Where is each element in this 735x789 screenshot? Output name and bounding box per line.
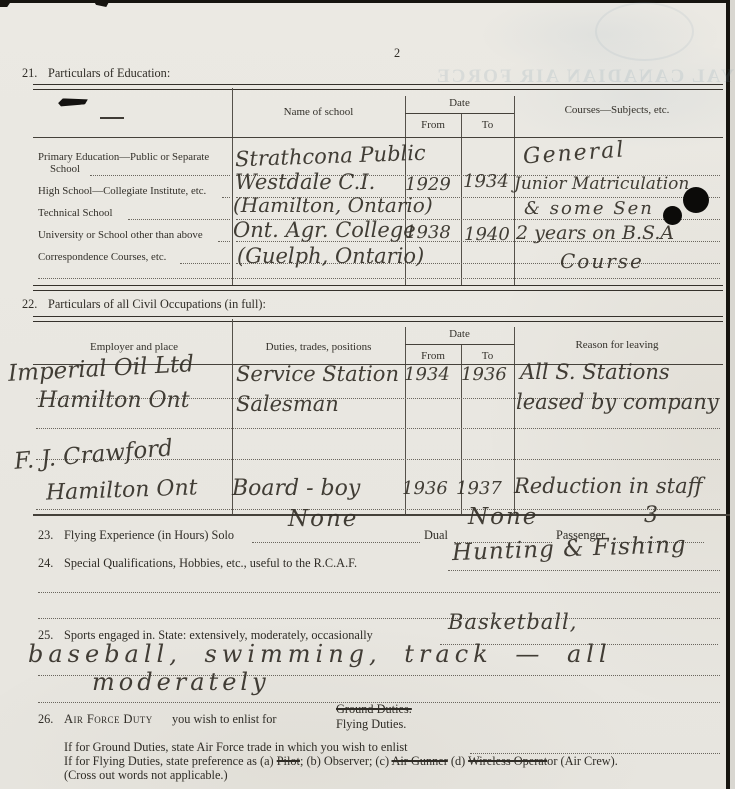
occupation-row-ruling [36, 508, 720, 510]
hw-date-to-2: 1934 [463, 173, 509, 191]
leader-dots [252, 541, 420, 543]
hw-reason-2: Reduction in staff [514, 476, 703, 497]
education-header-from: From [405, 119, 461, 131]
hw-date-from-3: 1938 [405, 224, 451, 242]
bleedthrough-stamp [595, 2, 694, 61]
hw-solo: None [288, 508, 358, 531]
section23-number: 23. [38, 528, 53, 543]
leader-dots [222, 196, 230, 198]
section26-duty-label: Air Force Duty [64, 712, 153, 727]
occupation-header-employer: Employer and place [36, 341, 232, 353]
hw-occ-to-1: 1936 [461, 366, 507, 384]
section21-number: 21. [22, 66, 37, 81]
hw-duties-2: Board - boy [232, 478, 360, 500]
hw-qualifications: Hunting & Fishing [452, 534, 687, 565]
occupation-header-duties: Duties, trades, positions [232, 341, 405, 353]
education-header-date: Date [405, 97, 514, 109]
education-row-label-primary: Primary Education—Public or Separate [38, 151, 209, 163]
leader-dots [128, 218, 230, 220]
scan-edge-top-notch [93, 0, 110, 7]
hw-sports-3: moderately [92, 670, 270, 694]
leader-dots [90, 174, 230, 176]
hw-school-1: Strathcona Public [235, 143, 426, 171]
occupation-date-underline [405, 344, 514, 345]
flying-duties-option: Flying Duties. [336, 717, 406, 732]
hw-school-2b: (Hamilton, Ontario) [233, 195, 433, 215]
hw-reason-1a: All S. Stations [520, 362, 670, 383]
hw-employer-1b: Hamilton Ont [38, 390, 190, 412]
hw-reason-1b: leased by company [516, 392, 719, 413]
hw-school-3: Ont. Agr. College [233, 220, 416, 241]
scan-edge-top [0, 0, 735, 3]
education-from-to-divider [461, 113, 462, 285]
leader-dots [448, 569, 720, 571]
occupation-header-from: From [405, 350, 461, 362]
section24-label: Special Qualifications, Hobbies, etc., u… [64, 556, 357, 571]
education-header-name: Name of school [232, 106, 405, 118]
pilot-struck: Pilot [277, 754, 300, 768]
flying-instruction-c: (d) [448, 754, 468, 768]
leader-dots [180, 262, 230, 264]
hw-date-to-3: 1940 [464, 226, 510, 244]
header-dash [100, 117, 124, 119]
page-number: 2 [394, 46, 400, 61]
hw-occ-from-2: 1936 [402, 480, 448, 498]
hw-employer-2: F. J. Crawford [13, 437, 174, 474]
ink-blot-small [663, 206, 682, 225]
hw-sports-2: baseball, swimming, track — all [28, 642, 612, 666]
section22-heading: Particulars of all Civil Occupations (in… [48, 297, 266, 312]
hw-courses-3b: Course [560, 251, 644, 271]
occupation-header-reason: Reason for leaving [514, 339, 720, 351]
education-header-courses: Courses—Subjects, etc. [514, 104, 720, 116]
flying-instruction-b: ; (b) Observer; (c) [300, 754, 392, 768]
section21-heading: Particulars of Education: [48, 66, 170, 81]
hw-duties-1b: Salesman [236, 394, 339, 415]
hw-courses-2b: & some Sen [524, 200, 654, 218]
education-row-label-primary-2: School [50, 163, 80, 175]
occupation-table-top-rule [33, 316, 723, 322]
education-date-underline [405, 113, 514, 114]
education-row-label-correspondence: Correspondence Courses, etc. [38, 251, 166, 263]
ink-blot-large [683, 187, 709, 213]
education-row-label-technical: Technical School [38, 207, 113, 219]
wireless-operator-struck: Wireless Operat [468, 754, 547, 768]
section23-dual-label: Dual [424, 528, 448, 543]
hw-sports-1: Basketball, [448, 612, 577, 633]
hw-dual: None [468, 506, 538, 529]
occupation-table-bottom [33, 514, 730, 516]
occupation-header-to: To [461, 350, 514, 362]
hw-employer-2b: Hamilton Ont [46, 477, 198, 504]
education-header-to: To [461, 119, 514, 131]
flying-instruction-end: or (Air Crew). [547, 754, 618, 768]
section24-number: 24. [38, 556, 53, 571]
ink-mark [58, 95, 89, 108]
hw-school-3b: (Guelph, Ontario) [237, 246, 424, 267]
hw-courses-3: 2 years on B.S.A [516, 224, 674, 243]
education-table-bottom-rule [33, 285, 723, 291]
education-blank-row-ruling [38, 277, 720, 279]
section26-number: 26. [38, 712, 53, 727]
hw-courses-2: Junior Matriculation [514, 176, 689, 193]
hw-employer-1: Imperial Oil Ltd [8, 353, 195, 386]
occupation-row-ruling [36, 427, 720, 429]
education-table-top-rule [33, 84, 723, 90]
section23-label: Flying Experience (in Hours) Solo [64, 528, 234, 543]
education-row-label-highschool: High School—Collegiate Institute, etc. [38, 185, 206, 197]
hw-courses-1: General [522, 139, 626, 168]
hw-occ-to-2: 1937 [456, 480, 502, 498]
flying-duties-instruction: If for Flying Duties, state preference a… [64, 754, 618, 769]
scan-margin-right [730, 0, 735, 789]
hw-passenger: 3 [644, 505, 658, 527]
air-gunner-struck: Air Gunner [391, 754, 447, 768]
section26-label-rest: you wish to enlist for [172, 712, 277, 727]
blank-ruling [38, 617, 720, 619]
hw-date-from-2: 1929 [405, 176, 451, 194]
hw-occ-from-1: 1934 [404, 366, 450, 384]
blank-ruling [38, 591, 720, 593]
hw-school-2: Westdale C.I. [235, 172, 375, 193]
education-row-label-university: University or School other than above [38, 229, 203, 241]
section22-number: 22. [22, 297, 37, 312]
occupation-header-date: Date [405, 328, 514, 340]
flying-instruction-a: If for Flying Duties, state preference a… [64, 754, 277, 768]
crossout-note-text: (Cross out words not applicable.) [64, 768, 228, 783]
scan-edge-top-left [0, 0, 12, 7]
hw-duties-1: Service Station [236, 364, 399, 385]
ground-duties-instruction: If for Ground Duties, state Air Force tr… [64, 740, 408, 755]
leader-dots [218, 240, 230, 242]
ground-duties-option: Ground Duties. [336, 702, 412, 717]
scanned-form-page: ROYAL CANADIAN AIR FORCE 2 21. Particula… [0, 0, 735, 789]
